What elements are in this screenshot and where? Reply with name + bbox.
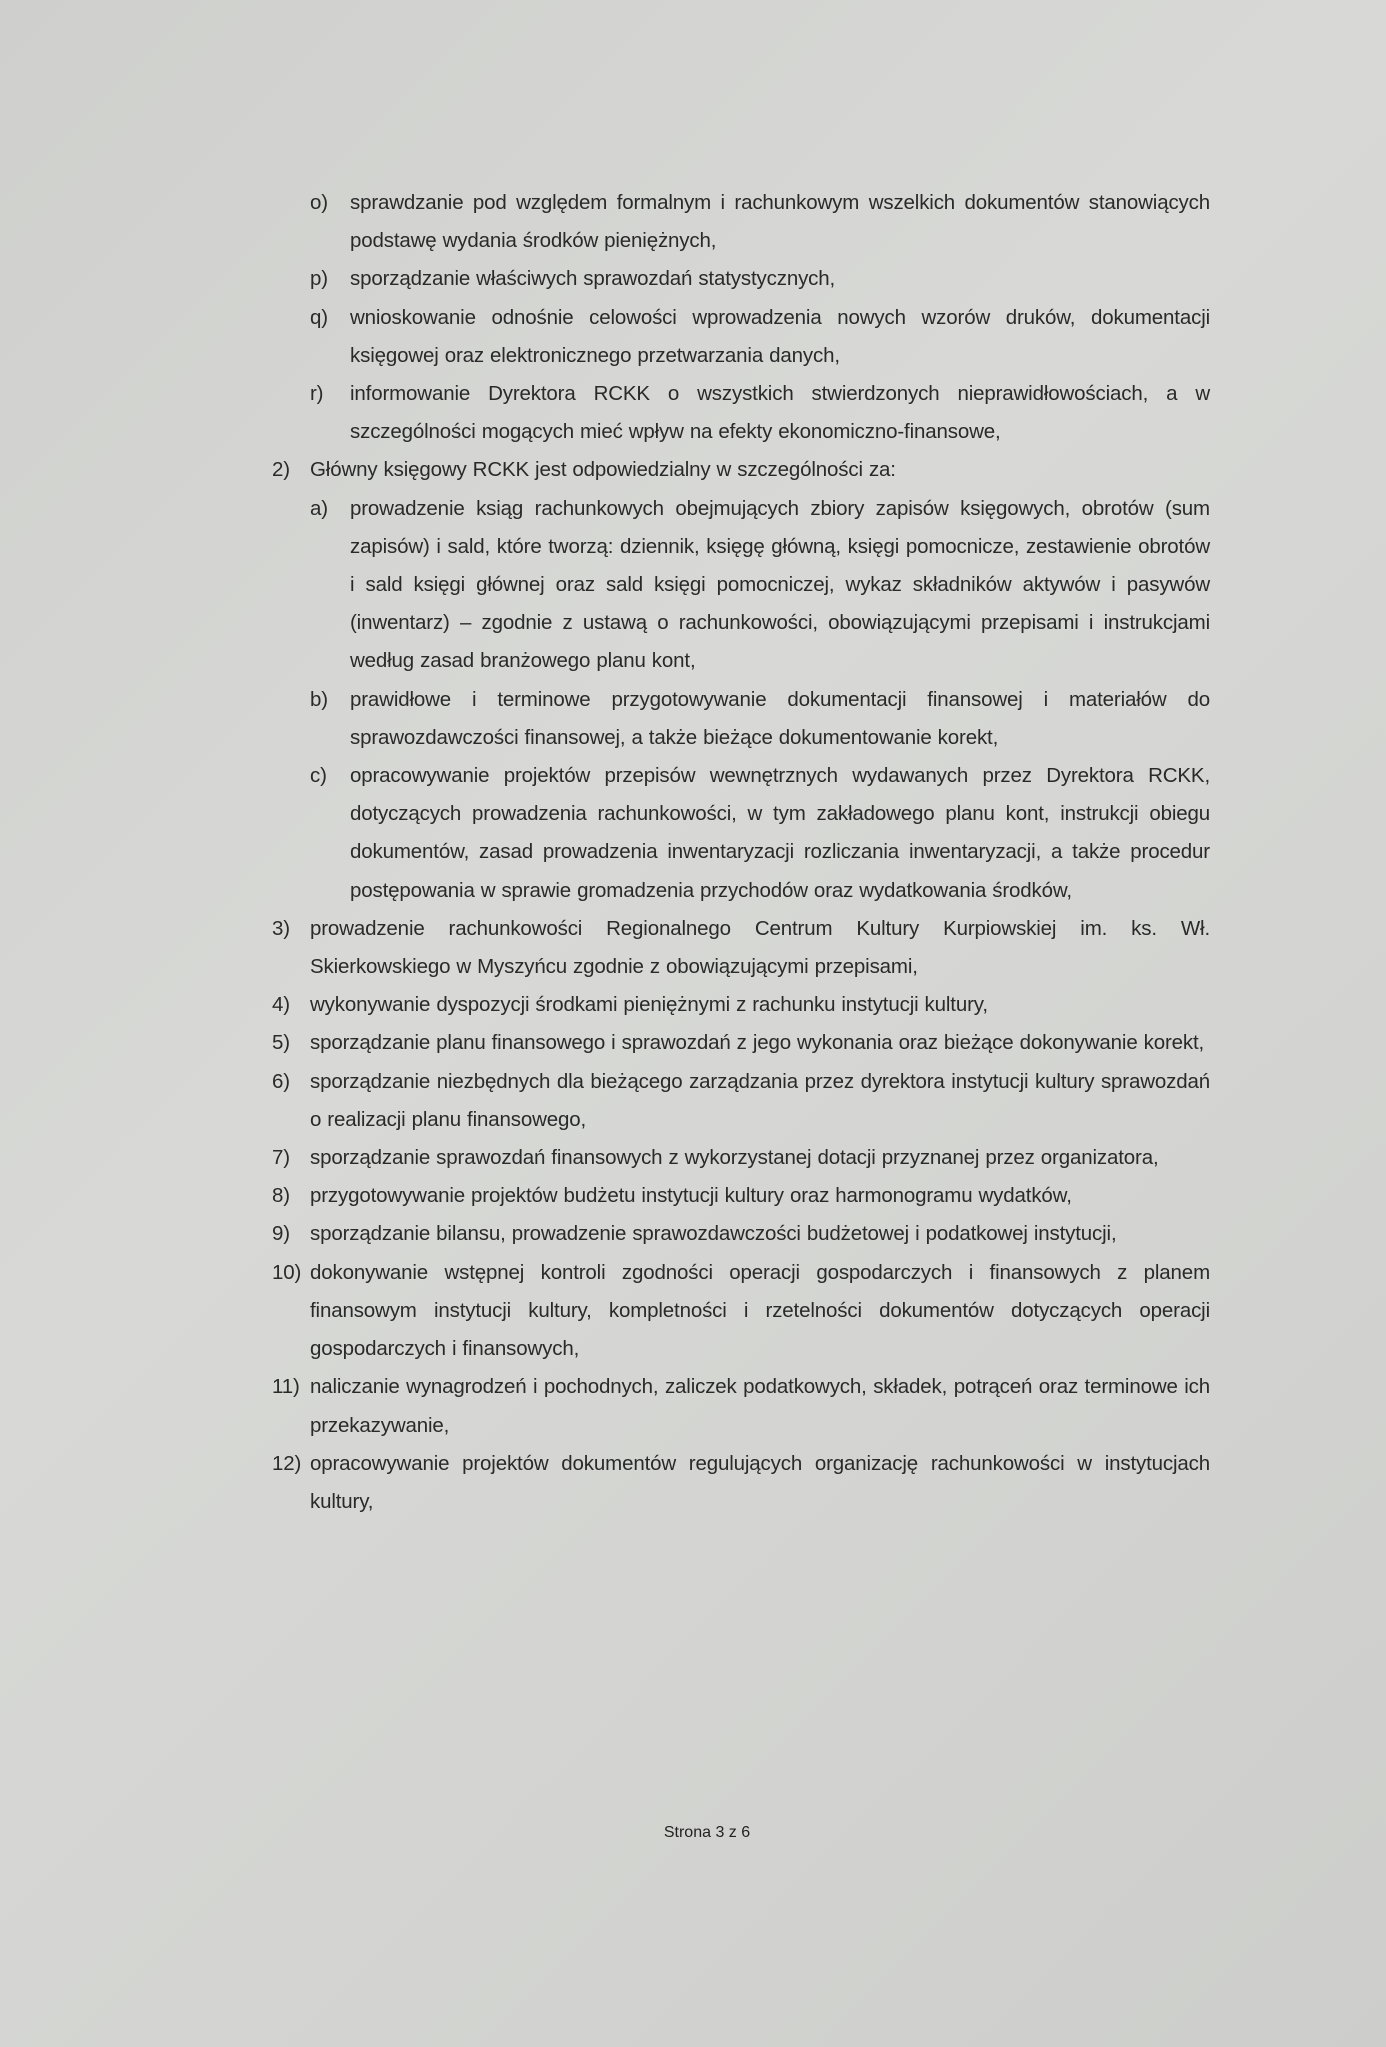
list-marker: b) xyxy=(310,681,328,719)
list-item-7: 7) sporządzanie sprawozdań finansowych z… xyxy=(272,1139,1210,1177)
list-item-text: sporządzanie sprawozdań finansowych z wy… xyxy=(310,1139,1210,1177)
list-item-2: 2) Główny księgowy RCKK jest odpowiedzia… xyxy=(272,451,1210,489)
list-marker: a) xyxy=(310,490,328,528)
list-item-text: prowadzenie ksiąg rachunkowych obejmując… xyxy=(350,490,1210,681)
list-item-text: sporządzanie planu finansowego i sprawoz… xyxy=(310,1024,1210,1062)
list-marker: 12) xyxy=(272,1445,301,1483)
list-marker: 9) xyxy=(272,1215,290,1253)
list-item-text: sprawdzanie pod względem formalnym i rac… xyxy=(350,184,1210,260)
list-item-a: a) prowadzenie ksiąg rachunkowych obejmu… xyxy=(310,490,1210,681)
list-item-text: prawidłowe i terminowe przygotowywanie d… xyxy=(350,681,1210,757)
list-marker: 6) xyxy=(272,1063,290,1101)
list-item-c: c) opracowywanie projektów przepisów wew… xyxy=(310,757,1210,910)
list-marker: p) xyxy=(310,260,328,298)
list-item-text: opracowywanie projektów przepisów wewnęt… xyxy=(350,757,1210,910)
list-item-12: 12) opracowywanie projektów dokumentów r… xyxy=(272,1445,1210,1521)
list-marker: 10) xyxy=(272,1254,301,1292)
list-item-5: 5) sporządzanie planu finansowego i spra… xyxy=(272,1024,1210,1062)
list-marker: q) xyxy=(310,299,328,337)
list-marker: 4) xyxy=(272,986,290,1024)
list-item-9: 9) sporządzanie bilansu, prowadzenie spr… xyxy=(272,1215,1210,1253)
list-item-text: naliczanie wynagrodzeń i pochodnych, zal… xyxy=(310,1368,1210,1444)
list-item-text: wykonywanie dyspozycji środkami pieniężn… xyxy=(310,986,1210,1024)
list-item-6: 6) sporządzanie niezbędnych dla bieżąceg… xyxy=(272,1063,1210,1139)
list-item-o: o) sprawdzanie pod względem formalnym i … xyxy=(310,184,1210,260)
list-item-p: p) sporządzanie właściwych sprawozdań st… xyxy=(310,260,1210,298)
list-item-r: r) informowanie Dyrektora RCKK o wszystk… xyxy=(310,375,1210,451)
list-item-8: 8) przygotowywanie projektów budżetu ins… xyxy=(272,1177,1210,1215)
list-item-text: sporządzanie niezbędnych dla bieżącego z… xyxy=(310,1063,1210,1139)
list-item-text: sporządzanie bilansu, prowadzenie sprawo… xyxy=(310,1215,1210,1253)
list-item-q: q) wnioskowanie odnośnie celowości wprow… xyxy=(310,299,1210,375)
list-item-10: 10) dokonywanie wstępnej kontroli zgodno… xyxy=(272,1254,1210,1369)
list-item-text: sporządzanie właściwych sprawozdań staty… xyxy=(350,260,1210,298)
list-item-text: informowanie Dyrektora RCKK o wszystkich… xyxy=(350,375,1210,451)
list-item-b: b) prawidłowe i terminowe przygotowywani… xyxy=(310,681,1210,757)
list-item-text: przygotowywanie projektów budżetu instyt… xyxy=(310,1177,1210,1215)
list-marker: 3) xyxy=(272,910,290,948)
list-marker: o) xyxy=(310,184,328,222)
list-marker: r) xyxy=(310,375,323,413)
list-marker: 11) xyxy=(272,1368,300,1406)
list-item-text: wnioskowanie odnośnie celowości wprowadz… xyxy=(350,299,1210,375)
document-page: o) sprawdzanie pod względem formalnym i … xyxy=(272,184,1210,1521)
list-marker: c) xyxy=(310,757,327,795)
list-item-text: Główny księgowy RCKK jest odpowiedzialny… xyxy=(310,451,1210,489)
list-marker: 2) xyxy=(272,451,290,489)
list-marker: 7) xyxy=(272,1139,290,1177)
list-item-3: 3) prowadzenie rachunkowości Regionalneg… xyxy=(272,910,1210,986)
list-marker: 5) xyxy=(272,1024,290,1062)
list-item-text: prowadzenie rachunkowości Regionalnego C… xyxy=(310,910,1210,986)
list-item-text: opracowywanie projektów dokumentów regul… xyxy=(310,1445,1210,1521)
list-item-text: dokonywanie wstępnej kontroli zgodności … xyxy=(310,1254,1210,1369)
list-item-4: 4) wykonywanie dyspozycji środkami pieni… xyxy=(272,986,1210,1024)
page-number: Strona 3 z 6 xyxy=(0,1824,1386,1842)
list-item-11: 11) naliczanie wynagrodzeń i pochodnych,… xyxy=(272,1368,1210,1444)
list-marker: 8) xyxy=(272,1177,290,1215)
